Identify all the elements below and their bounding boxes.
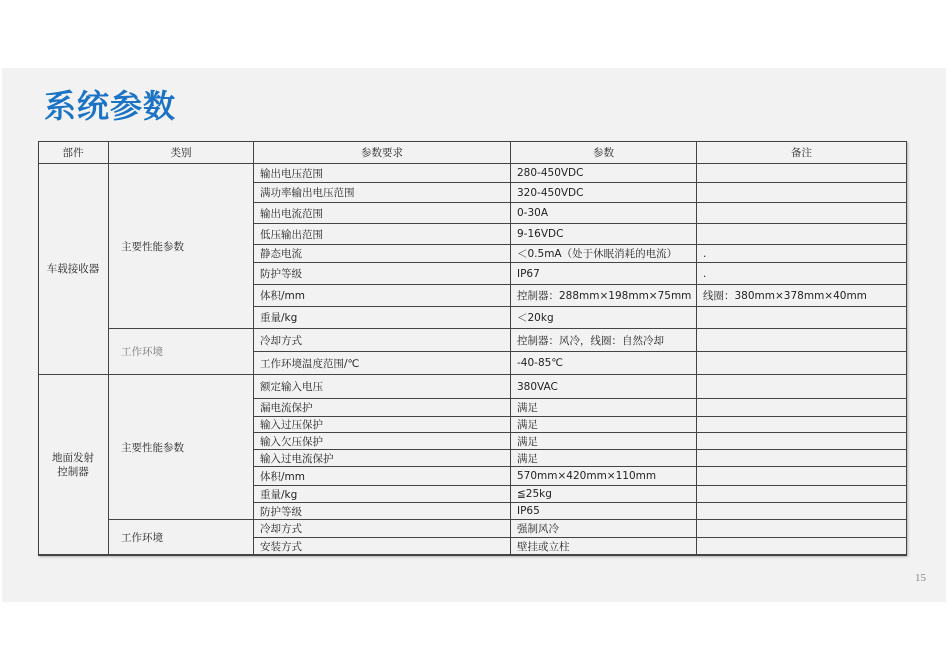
- requirement-cell: 冷却方式: [254, 520, 511, 538]
- category-cell: 主要性能参数: [109, 164, 254, 329]
- value-cell: 满足: [511, 433, 697, 450]
- value-cell: 壁挂或立柱: [511, 538, 697, 555]
- value-cell: 强制风冷: [511, 520, 697, 538]
- requirement-cell: 输入过电流保护: [254, 450, 511, 467]
- component-label: 地面发射: [52, 451, 94, 465]
- requirement-cell: 输入欠压保护: [254, 433, 511, 450]
- value-cell: 满足: [511, 417, 697, 433]
- note-cell: [697, 183, 907, 203]
- column-header: 类别: [109, 141, 254, 164]
- value-cell: 280-450VDC: [511, 164, 697, 183]
- note-cell: [697, 375, 907, 399]
- value-cell: 9-16VDC: [511, 224, 697, 245]
- requirement-cell: 重量/kg: [254, 486, 511, 503]
- component-cell: 车载接收器: [38, 164, 109, 375]
- page-title: 系统参数: [44, 86, 176, 126]
- note-cell: .: [697, 263, 907, 285]
- value-cell: 0-30A: [511, 203, 697, 224]
- page-number: 15: [915, 572, 926, 584]
- category-cell: 工作环境: [109, 520, 254, 555]
- requirement-cell: 输出电压范围: [254, 164, 511, 183]
- column-header: 参数: [511, 141, 697, 164]
- note-cell: [697, 164, 907, 183]
- value-cell: -40-85℃: [511, 352, 697, 375]
- requirement-cell: 静态电流: [254, 245, 511, 263]
- note-cell: [697, 417, 907, 433]
- component-cell: 地面发射控制器: [38, 375, 109, 555]
- value-cell: IP67: [511, 263, 697, 285]
- value-cell: 控制器：288mm×198mm×75mm: [511, 285, 697, 307]
- value-cell: 满足: [511, 450, 697, 467]
- category-cell: 工作环境: [109, 329, 254, 375]
- note-cell: [697, 352, 907, 375]
- component-label: 车载接收器: [47, 262, 100, 276]
- value-cell: 570mm×420mm×110mm: [511, 467, 697, 486]
- requirement-cell: 额定输入电压: [254, 375, 511, 399]
- requirement-cell: 防护等级: [254, 503, 511, 520]
- note-cell: [697, 503, 907, 520]
- requirement-cell: 体积/mm: [254, 467, 511, 486]
- note-cell: [697, 538, 907, 555]
- value-cell: ＜20kg: [511, 307, 697, 329]
- value-cell: 320-450VDC: [511, 183, 697, 203]
- column-header: 参数要求: [254, 141, 511, 164]
- note-cell: .: [697, 245, 907, 263]
- note-cell: [697, 307, 907, 329]
- value-cell: ＜0.5mA（处于休眠消耗的电流）: [511, 245, 697, 263]
- note-cell: [697, 329, 907, 352]
- column-header: 部件: [38, 141, 109, 164]
- note-cell: [697, 224, 907, 245]
- value-cell: 控制器：风冷，线圈：自然冷却: [511, 329, 697, 352]
- note-cell: [697, 399, 907, 417]
- note-cell: [697, 450, 907, 467]
- requirement-cell: 冷却方式: [254, 329, 511, 352]
- value-cell: 满足: [511, 399, 697, 417]
- requirement-cell: 输出电流范围: [254, 203, 511, 224]
- note-cell: 线圈：380mm×378mm×40mm: [697, 285, 907, 307]
- requirement-cell: 防护等级: [254, 263, 511, 285]
- note-cell: [697, 520, 907, 538]
- requirement-cell: 低压输出范围: [254, 224, 511, 245]
- value-cell: ≦25kg: [511, 486, 697, 503]
- note-cell: [697, 433, 907, 450]
- note-cell: [697, 486, 907, 503]
- requirement-cell: 体积/mm: [254, 285, 511, 307]
- value-cell: IP65: [511, 503, 697, 520]
- column-header: 备注: [697, 141, 907, 164]
- requirement-cell: 安装方式: [254, 538, 511, 555]
- value-cell: 380VAC: [511, 375, 697, 399]
- note-cell: [697, 203, 907, 224]
- category-cell: 主要性能参数: [109, 375, 254, 520]
- requirement-cell: 重量/kg: [254, 307, 511, 329]
- requirement-cell: 工作环境温度范围/℃: [254, 352, 511, 375]
- requirement-cell: 满功率输出电压范围: [254, 183, 511, 203]
- requirement-cell: 输入过压保护: [254, 417, 511, 433]
- component-label: 控制器: [52, 465, 94, 479]
- requirement-cell: 漏电流保护: [254, 399, 511, 417]
- note-cell: [697, 467, 907, 486]
